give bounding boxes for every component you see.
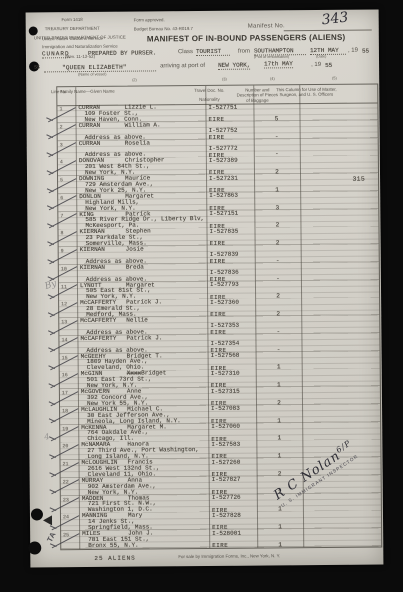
arrival-year-prefix: , 19 [311,62,321,68]
baggage-cell: - [255,316,301,334]
arrival-date: 17th MAY [264,60,293,68]
officers-cell [301,280,379,298]
port-of-arrival: NEW YORK, [218,62,250,70]
line-no-cell: 11 [59,283,77,301]
officers-cell [303,511,381,529]
name-cell: KIERNANBredaAddress as above. [77,264,207,283]
travel-doc-number: I-527835 [209,229,238,235]
col-marker-3: (3) [222,77,227,82]
officers-cell [301,315,379,333]
name-cell: MANNINGMary14 Jenks St.,Springfield, Mas… [79,512,209,531]
baggage-cell: 1 [254,174,300,192]
line-no-cell: 10 [59,265,77,283]
travel-doc-number: I-527360 [210,300,239,306]
line-number: 2 [60,124,63,130]
vessel-name: "QUEEN ELIZABETH" [62,64,127,72]
class-label: Class [178,49,193,55]
margin-flag-icon [43,515,52,525]
baggage-cell: - [255,334,301,352]
line-no-cell: 13 [59,318,77,336]
travel-doc-cell: I-527083EIRE [208,405,256,423]
hole-punch [31,508,43,520]
col-marker-4: (4) [270,76,275,81]
family-name: CURRAN [76,140,125,146]
dept-of-justice: UNITED STATES DEPARTMENT OF JUSTICE [34,35,126,41]
travel-doc-number: I-527828 [212,513,241,519]
page-title: MANIFEST OF IN-BOUND PASSENGERS (ALIENS) [147,33,346,44]
travel-doc-cell: I-527353EIRE [207,317,255,335]
given-name: Roselia [125,140,150,146]
line-no-cell: 2 [58,123,76,141]
name-cell: CURRANRoseliaAddress as above. [76,139,206,158]
vessel-sublabel: (Name of vessel) [78,72,106,77]
treasury-dept: TREASURY DEPARTMENT [42,26,103,32]
officers-cell [301,298,379,316]
table-body: 1CURRANLizzie L.109 Foster St.,New Haven… [57,102,381,549]
officers-cell [302,369,380,387]
line-number: 5 [60,177,63,183]
baggage-cell: 2 [254,156,300,174]
name-cell: MILESJohn J.781 East 151 St.,Bronx 55, N… [79,530,209,549]
line-no-cell: 7 [58,212,76,230]
name-cell: MADDENThomas721 First St. N.W.,Washingto… [79,494,209,513]
family-name: KIERNAN [77,247,126,253]
baggage-cell: 1 [256,352,302,370]
travel-doc-cell: I-527583EIRE [208,441,256,459]
baggage-cell: 2 [255,281,301,299]
given-name: William A. [125,122,161,128]
travel-doc-number: I-527568 [211,353,240,359]
officers-stamp: 315 [352,176,365,183]
line-number: 9 [61,248,64,254]
line-no-cell: 25 [61,531,79,549]
line-no-cell: 1 [57,105,75,123]
baggage-cell: 1 [257,511,303,529]
arriving-label: arriving at port of [160,63,205,69]
officers-cell [303,493,381,511]
travel-doc-number: I-527315 [211,388,240,394]
baggage-cell: 5 [253,103,299,121]
table-row: 25MILESJohn J.781 East 151 St.,Bronx 55,… [61,528,381,549]
line-number: 3 [60,142,63,148]
travel-doc-cell: I-528001EIRE [209,530,257,548]
line-number: 4 [60,160,63,166]
officers-cell [300,138,378,156]
arrival-year: 55 [325,62,332,69]
line-no-cell: 18 [60,407,78,425]
col-marker-2: (2) [132,78,137,83]
form-approved: Form approved. [134,17,193,23]
col-header-nationality: Nationality [186,97,234,103]
baggage-count: 1 [257,541,303,548]
officers-cell [301,262,379,280]
line-no-cell: 6 [58,194,76,212]
line-no-cell: 12 [59,300,77,318]
travel-doc-cell: I-527310EIRE [208,370,256,388]
line-no-cell: 15 [60,354,78,372]
line-no-cell: 23 [61,496,79,514]
name-cell: KINGPatrick585 River Ridge Dr., Liberty … [76,210,206,229]
travel-doc-cell: I-527260EIRE [208,459,256,477]
family-name: McCAFFERTY [77,318,126,324]
baggage-cell: - [254,121,300,139]
margin-ta-mark: TA [45,530,58,543]
baggage-cell: - [255,263,301,281]
travel-doc-cell: I-527315EIRE [208,388,256,406]
line-no-cell: 16 [60,371,78,389]
name-cell: LYNOTTMargaret505 East 81st St.,New York… [77,281,207,300]
name-cell: McCAFFERTYPatrick J.Address as above. [77,335,207,354]
margin-pencil-mark: By [44,279,58,292]
hole-punch [29,26,38,35]
line-number: 7 [60,213,63,219]
name-cell: McKENNAMargaret M.764 Oakdale Ave.,Chica… [78,423,208,442]
printer-note: For sale by Immigration Forms, Inc., New… [178,553,280,559]
manifest-document: Form 1418 TREASURY DEPARTMENT United Sta… [26,9,384,567]
travel-doc-cell: I-527354EIRE [207,334,255,352]
baggage-cell: 3 [254,192,300,210]
name-cell: McGEEHYBridget T.1809 Hayden Ave.,Clevel… [78,352,208,371]
col-header-doc: Travel Doc. No. [186,88,234,94]
address-line-2: Bronx 55, N.Y. [79,542,209,549]
travel-doc-number: I-527231 [209,175,238,181]
travel-doc-cell: I-527835EIRE [206,228,254,246]
name-cell: DONOVANChristopher201 West 84th St.,New … [76,157,206,176]
travel-doc-cell: I-527060EIRE [208,423,256,441]
baggage-cell: 1 [256,423,302,441]
travel-doc-number: I-527726 [212,495,241,501]
col-marker-5: (5) [332,76,337,81]
line-number: 8 [60,231,63,237]
col-header-officers: This Column for Use of Master, Surgeon, … [267,87,345,98]
officers-cell [300,209,378,227]
officers-cell [301,244,379,262]
line-no-cell: 22 [61,478,79,496]
travel-doc-number: I-527389 [209,158,238,164]
name-cell: McGINNXxxx Bridget501 East 73rd St.,New … [78,370,208,389]
travel-doc-number: I-527751 [208,104,237,110]
from-label: from [238,49,250,55]
line-number: 6 [60,195,63,201]
officers-cell [300,156,378,174]
line-no-cell: 9 [59,247,77,265]
port-embark-sublabel: (Port of embarkation) [254,54,289,59]
travel-doc-number: I-527310 [211,371,240,377]
officers-cell [299,102,377,120]
nationality: EIRE [212,542,228,549]
steamship-line: CUNARD [42,50,70,58]
travel-doc-cell: I-527828EIRE [209,512,257,530]
officers-cell [300,120,378,138]
baggage-cell: 1 [257,529,303,547]
travel-doc-cell: I-527360EIRE [207,299,255,317]
travel-doc-cell: I-527726EIRE [209,494,257,512]
travel-doc-cell: I-527389EIRE [206,157,254,175]
line-no-cell: 14 [59,336,77,354]
line-no-cell: 8 [58,229,76,247]
aliens-count: 25 ALIENS [94,555,135,562]
travel-doc-number: I-527260 [211,459,240,465]
given-name: Patrick J. [126,335,162,341]
travel-doc-cell: I-527568EIRE [208,352,256,370]
travel-doc-number: I-527583 [211,442,240,448]
ss-label: ss [34,64,40,70]
col-header-name: Family Name—Given Name [22,88,152,94]
line-no-cell: 5 [58,176,76,194]
officers-cell [300,227,378,245]
baggage-cell: 2 [256,387,302,405]
budget-bureau: Budget Bureau No. 43-R019.7 [134,27,193,33]
name-cell: McCAFFERTYPatrick J.28 Emerald St.,Medfo… [77,299,207,318]
travel-doc-cell: I-527839EIRE [207,246,255,264]
given-name: Josie [126,247,144,253]
manifest-no-line [284,30,372,32]
margin-pencil-mark: 4 [44,432,51,442]
travel-doc-cell: I-527772EIRE [206,139,254,157]
name-cell: KIERNANJosieAddress as above. [77,246,207,265]
travel-doc-cell: I-527151EIRE [206,210,254,228]
baggage-cell: 1 [256,440,302,458]
travel-doc-cell: I-527231EIRE [206,175,254,193]
family-name: CURRAN [76,122,125,128]
line-no-cell: 24 [61,513,79,531]
line-no-cell: 19 [60,425,78,443]
officers-cell: 315 [300,173,378,191]
struck-name: Xxxx [127,371,141,377]
name-cell: MURRAYAnna902 Amsterdam Ave.,New York, N… [79,477,209,496]
year-prefix: , 19 [348,48,358,54]
officers-cell [302,351,380,369]
name-cell: McGOVERNAnne392 Concord Ave.,New York 55… [78,388,208,407]
hole-punch [28,541,41,554]
travel-doc-number: I-527827 [212,477,241,483]
travel-doc-number: I-527060 [211,424,240,430]
baggage-cell: 1 [256,369,302,387]
name-cell: DOWNINGMaurice729 Amsterdam Ave.,New Yor… [76,175,206,194]
travel-doc-cell: I-527863EIRE [206,192,254,210]
travel-doc-cell: I-527836EIRE [207,263,255,281]
travel-doc-cell: I-527751EIRE [205,104,253,122]
line-no-cell: 21 [60,460,78,478]
baggage-cell: 2 [254,210,300,228]
name-cell: McLAUGHLINMichael C.30 East Jefferson Av… [78,406,208,425]
travel-doc-number: I-527793 [210,282,239,288]
prepared-by: PREPARED BY PURSER. [88,49,156,57]
name-cell: McLOUGHLINFrancis2616 West 132nd St.,Cle… [78,459,208,478]
travel-doc-number: I-528001 [212,530,241,536]
officers-cell [301,333,379,351]
line-number: 1 [59,106,62,112]
travel-doc-number: I-527083 [211,406,240,412]
travel-doc-number: I-527863 [209,193,238,199]
travel-doc-cell: I-527752EIRE [206,121,254,139]
officers-cell [300,191,378,209]
given-name: Nellie [126,317,148,323]
name-cell: KIERNANStephen23 Parkdale St.,Somerville… [76,228,206,247]
travel-doc-number: I-527151 [209,211,238,217]
officers-cell [302,404,380,422]
manifest-no-value: 343 [321,9,349,28]
name-cell: CURRANLizzie L.109 Foster St.,New Haven,… [75,104,205,123]
date-sublabel: (Date) [316,54,326,59]
name-cell: CURRANWilliam A.Address as above. [76,122,206,141]
name-cell: DONLONMargaretHighland Mills,New York, N… [76,193,206,212]
family-name: KIERNAN [77,264,126,270]
line-no-cell: 3 [58,141,76,159]
passenger-table: Line No. Family Name—Given Name Travel D… [56,83,382,550]
baggage-cell: - [255,245,301,263]
line-no-cell: 20 [60,442,78,460]
form-number: Form 1418 [42,17,103,23]
given-name: Breda [126,264,144,270]
class-value: TOURIST [196,48,230,56]
line-no-cell: 4 [58,158,76,176]
family-name: McCAFFERTY [77,335,126,341]
name-cell: McCAFFERTYNellieAddress as above. [77,317,207,336]
travel-doc-cell: I-527827EIRE [209,476,257,494]
baggage-cell: 2 [255,298,301,316]
line-no-cell: 17 [60,389,78,407]
officers-cell [303,528,381,546]
travel-doc-cell: I-527793EIRE [207,281,255,299]
baggage-cell: - [254,139,300,157]
name-cell: McNAMARAHanora27 Third Ave., Port Washin… [78,441,208,460]
officers-cell [302,386,380,404]
baggage-cell: 1 [256,405,302,423]
embark-year: 55 [362,48,369,55]
baggage-cell: 2 [254,227,300,245]
manifest-no-label: Manifest No. [248,23,285,29]
